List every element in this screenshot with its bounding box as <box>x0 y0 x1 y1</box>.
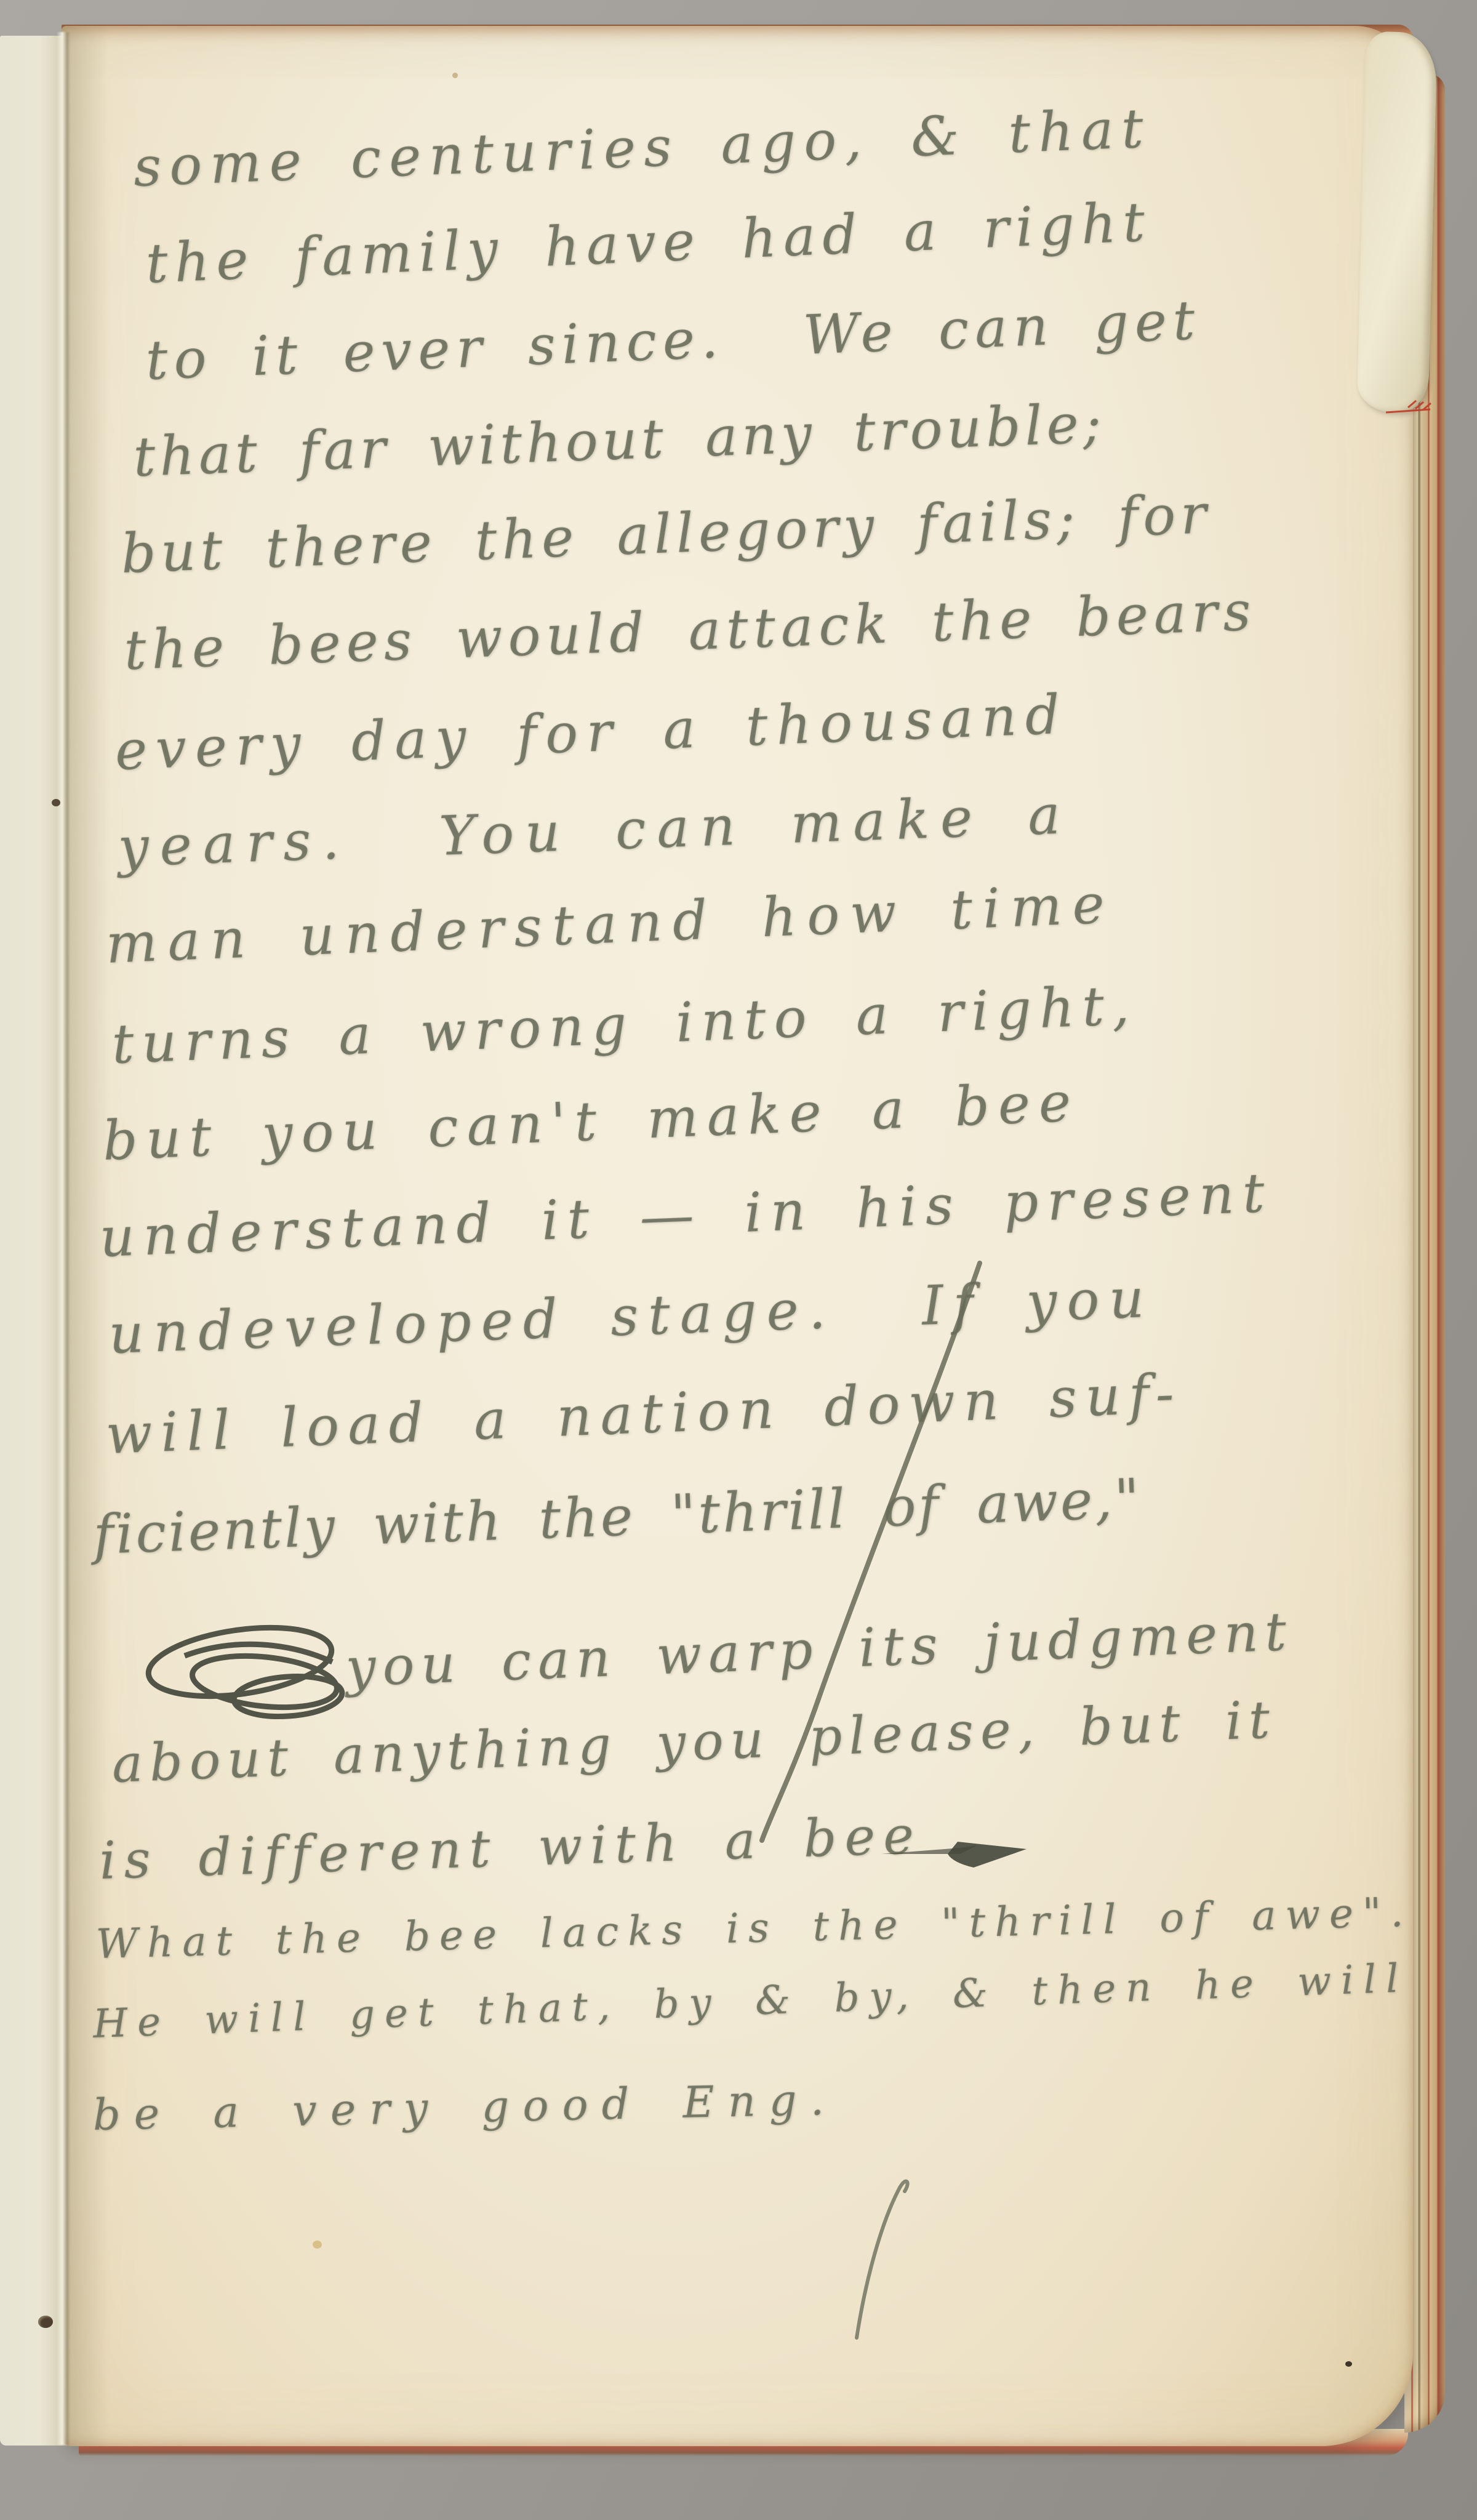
paper-stain <box>452 73 458 78</box>
notebook-photo: some centuries ago, & thatthe family hav… <box>0 0 1477 2520</box>
paper-speck <box>1345 2361 1352 2367</box>
paper-speck <box>38 2316 53 2328</box>
paper-speck <box>52 799 60 806</box>
worn-page-flap <box>1356 31 1437 414</box>
paper-stain <box>313 2241 322 2249</box>
binding-crease <box>57 32 70 2445</box>
